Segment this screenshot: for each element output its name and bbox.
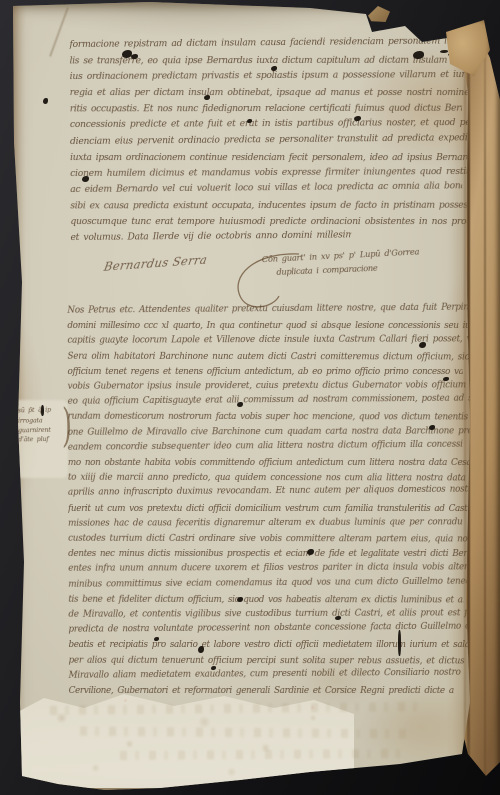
manuscript-line: et volumus. Data Ilerde vij die octobris… xyxy=(70,227,352,246)
torn-edge-chip xyxy=(368,6,390,22)
manuscript-line: minibus committimus sive eciam comendamu… xyxy=(68,574,473,592)
manuscript-line: eandem concordie subsequenter ideo cum a… xyxy=(68,437,463,455)
manuscript-line: custodes turrium dicti Castri ordinare s… xyxy=(68,532,469,548)
manuscript-line: sibi ex causa predicta existunt occupata… xyxy=(70,198,472,215)
manuscript-line: capitis guayte locorum Lapole et Villeno… xyxy=(67,333,472,350)
manuscript-line: dienciam eius pervenit ordinacio predict… xyxy=(70,130,472,150)
gutter-crease xyxy=(484,16,486,778)
corner-fold-crease xyxy=(49,7,69,57)
manuscript-line: predicta de nostra voluntate processerin… xyxy=(68,620,469,638)
manuscript-line: eo quia officium Capitisguayte erat alii… xyxy=(68,392,473,410)
manuscript-line: aprilis anno infrascripto duximus revoca… xyxy=(68,483,473,501)
manuscript-line: d'āte pluf xyxy=(18,435,60,445)
manuscript-line: missiones hac de causa feceritis dignare… xyxy=(68,515,463,532)
manuscript-page: formacione repistram ad dictam insulam c… xyxy=(10,2,476,790)
photo-background: formacione repistram ad dictam insulam c… xyxy=(0,0,500,795)
manuscript-line: Nos Petrus etc. Attendentes qualiter pre… xyxy=(67,301,472,319)
show-through-stain xyxy=(120,749,410,760)
manuscript-line: beatis et recipiatis pro salario et labo… xyxy=(69,638,474,653)
manuscript-line: Sera olim habitatori Barchinone nunc aut… xyxy=(67,349,468,365)
marginal-note: sū p̄t q̄ ipirrogataguarnirentd'āte pluf xyxy=(18,406,61,446)
main-text-block: Nos Petrus etc. Attendentes qualiter pre… xyxy=(67,302,473,699)
manuscript-line: sū p̄t q̄ ip xyxy=(18,405,60,416)
manuscript-line: mo non obstante habita vobis committendo… xyxy=(68,456,473,471)
manuscript-line: regia et alias per dictam insulam obtine… xyxy=(70,85,468,101)
manuscript-line: ac eidem Bernardo vel cui voluerit loco … xyxy=(70,178,462,198)
registration-note: Cōn guart' in xv ps' p' Lupū d'Gorreadup… xyxy=(262,245,448,278)
signature: Bernardus Serra xyxy=(103,252,209,273)
manuscript-line: Miravallo aliam medietatem exaudantes, c… xyxy=(69,665,464,683)
